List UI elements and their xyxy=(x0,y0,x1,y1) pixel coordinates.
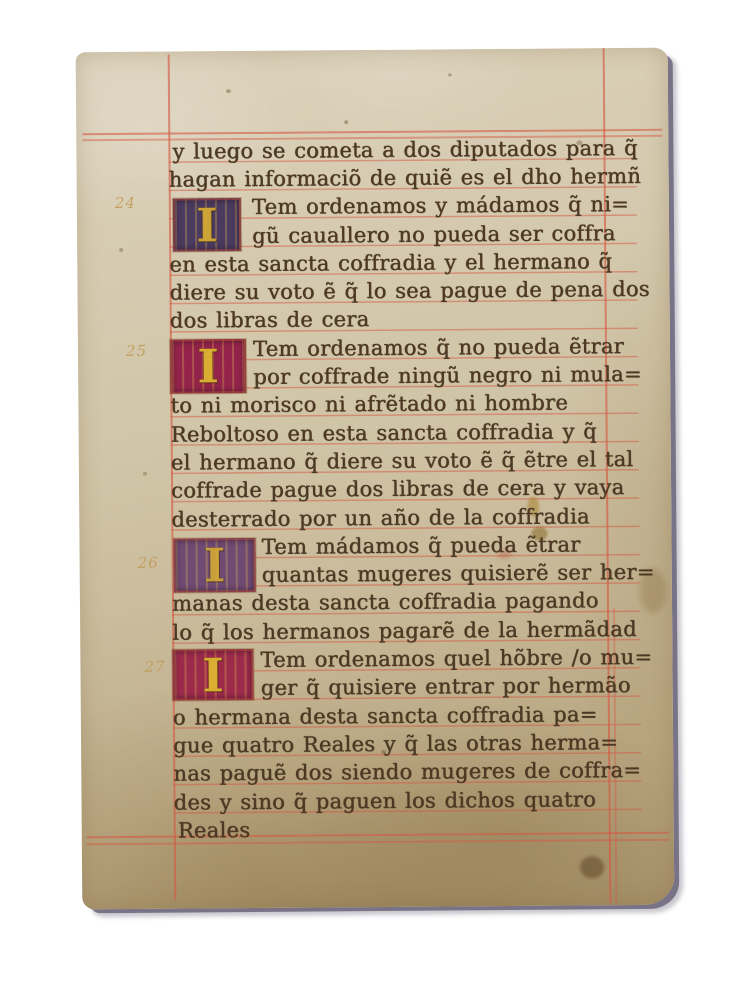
manuscript-text-line: Tem ordenamos quel hõbre /o mu= xyxy=(260,645,652,674)
manuscript-text-line: quantas mugeres quisierẽ ser her= xyxy=(262,560,655,589)
manuscript-text-line: el hermano q̃ diere su voto ẽ q̃ ẽtre el… xyxy=(171,447,634,477)
manuscript-text-line: gũ cauallero no pueda ser coffra xyxy=(252,221,616,250)
initial-letter: I xyxy=(197,343,219,389)
manuscript-text-line: Tem mádamos q̃ pueda ẽtrar xyxy=(261,532,580,561)
dark-stain xyxy=(580,856,604,878)
initial-letter: I xyxy=(204,542,226,588)
manuscript-text-line: diere su voto ẽ q̃ lo sea pague de pena … xyxy=(169,277,649,307)
manuscript-text-line: lo q̃ los hermanos pagarẽ de la hermãdad xyxy=(172,617,637,647)
speck xyxy=(143,472,147,476)
illuminated-initial-4: I xyxy=(172,649,253,701)
manuscript-text-line: o hermana desta sancta coffradia pa= xyxy=(173,702,598,731)
manuscript-text-line: Tem ordenamos q̃ no pueda ẽtrar xyxy=(253,334,624,363)
illuminated-initial-2: I xyxy=(170,339,246,394)
manuscript-text-line: coffrade pague dos libras de cera y vaya xyxy=(171,475,624,505)
initial-letter: I xyxy=(202,652,224,698)
manuscript-text-line: Tem ordenamos y mádamos q̃ ni= xyxy=(252,192,629,221)
photo-background: { "document": { "margin_numbers": ["24",… xyxy=(0,0,750,1000)
manuscript-text-line: manas desta sancta coffradia pagando xyxy=(172,588,599,617)
manuscript-text-line: por coffrade ningũ negro ni mula= xyxy=(253,362,642,391)
margin-number-24: 24 xyxy=(115,194,136,212)
initial-letter: I xyxy=(196,202,218,248)
speck xyxy=(448,73,452,76)
manuscript-text-line: hagan informaciõ de quiẽ es el dho hermñ xyxy=(169,164,642,194)
manuscript-text-line: des y sino q̃ paguen los dichos quatro xyxy=(173,787,596,816)
manuscript-text-line: en esta sancta coffradia y el hermano q̃ xyxy=(169,249,612,278)
manuscript-text-line: desterrado por un año de la coffradia xyxy=(171,504,590,533)
manuscript-text-line: y luego se cometa a dos diputados para q… xyxy=(172,136,637,166)
manuscript-text-line: Reboltoso en esta sancta coffradia y q̃ xyxy=(171,419,597,448)
illuminated-initial-1: I xyxy=(173,198,241,252)
margin-number-27: 27 xyxy=(144,658,165,676)
manuscript-text-line: Reales xyxy=(178,818,251,845)
manuscript-leaf: 24 25 26 27 I I I I y luego se cometa a … xyxy=(76,48,675,910)
illuminated-initial-3: I xyxy=(173,538,255,593)
margin-number-26: 26 xyxy=(138,554,159,572)
manuscript-text-line: ger q̃ quisiere entrar por hermão xyxy=(261,673,631,702)
manuscript-text-line: to ni morisco ni afrẽtado ni hombre xyxy=(170,390,568,419)
manuscript-text-line: gue quatro Reales y q̃ las otras herma= xyxy=(173,730,618,759)
manuscript-text-line: dos libras de cera xyxy=(170,307,370,335)
speck xyxy=(119,248,123,252)
margin-number-25: 25 xyxy=(126,342,147,360)
speck xyxy=(226,89,231,93)
manuscript-text-line: nas paguẽ dos siendo mugeres de coffra= xyxy=(173,758,641,788)
speck xyxy=(344,120,348,124)
